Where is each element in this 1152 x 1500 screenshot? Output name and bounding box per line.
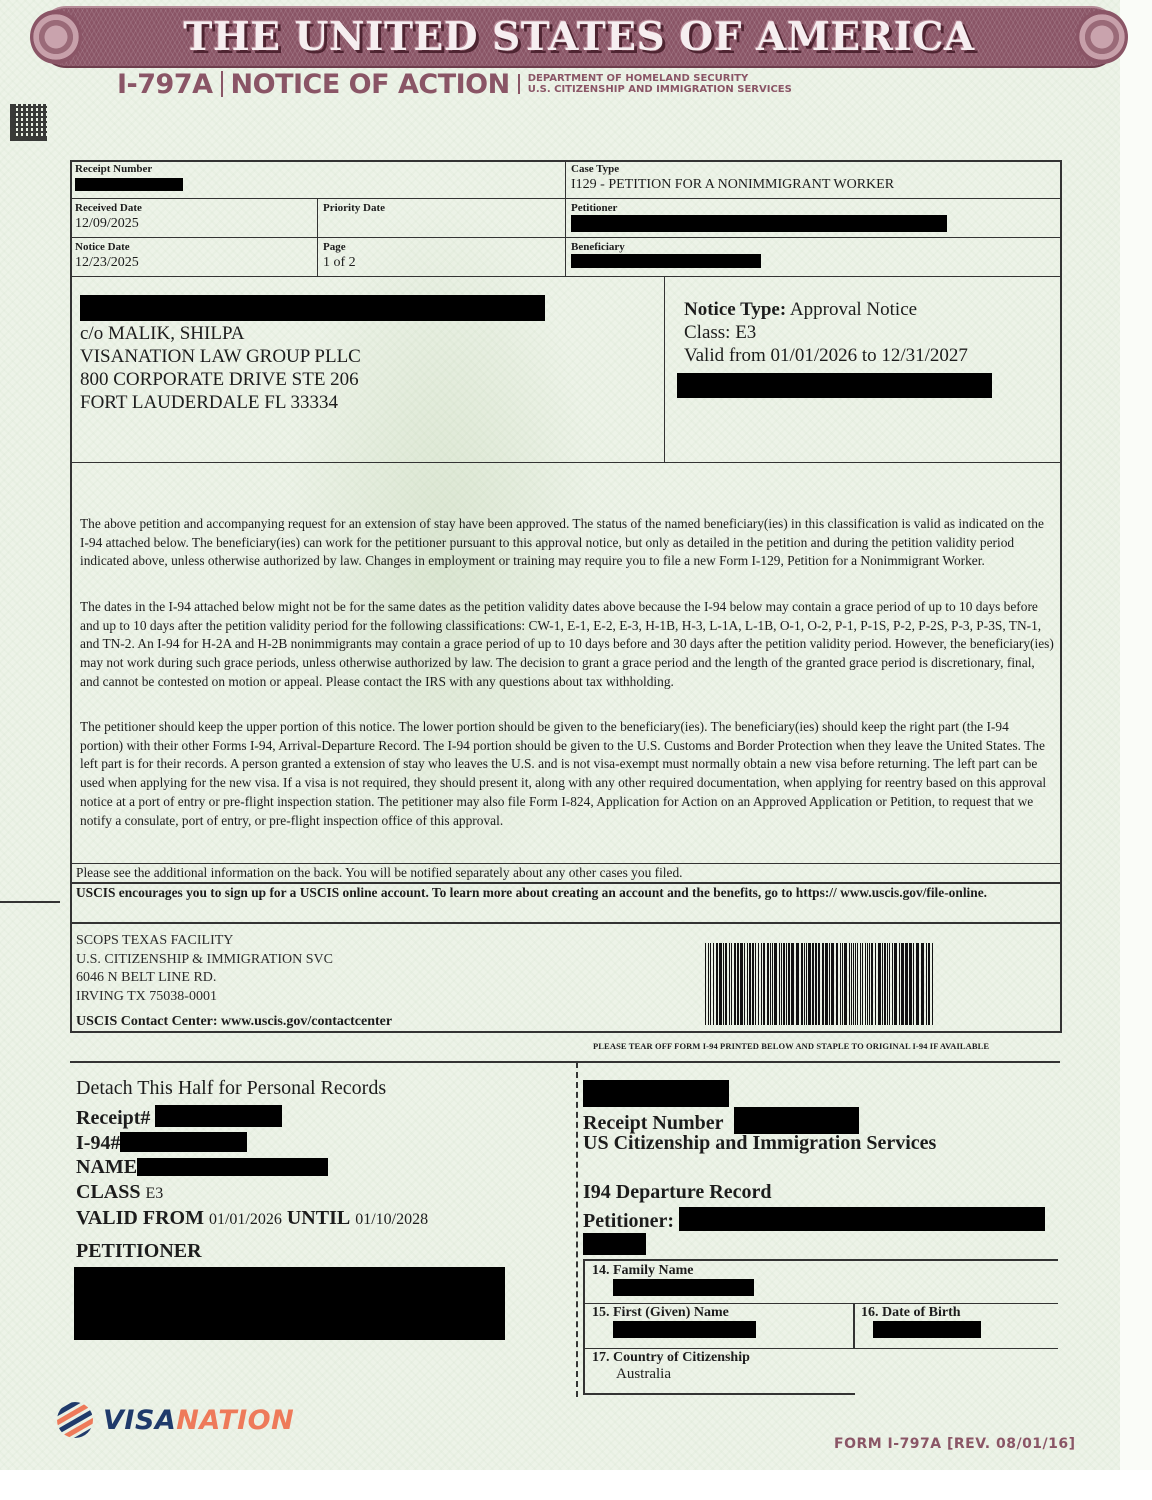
redacted-addressee <box>80 295 545 321</box>
name-label: NAME <box>76 1156 137 1178</box>
received-date-value: 12/09/2025 <box>75 215 312 232</box>
page-cell: Page 1 of 2 <box>318 238 566 277</box>
receipt-label: Receipt# <box>76 1107 150 1129</box>
divider <box>664 276 665 462</box>
divider <box>221 71 223 97</box>
agency-line: US Citizenship and Immigration Services <box>583 1132 936 1155</box>
facility-line: U.S. CITIZENSHIP & IMMIGRATION SVC <box>76 951 333 970</box>
field-label: Petitioner <box>571 201 1055 215</box>
redacted-name <box>137 1158 328 1176</box>
departure-record-title: I94 Departure Record <box>583 1181 771 1204</box>
until-label: UNTIL <box>287 1207 350 1229</box>
redacted-dob <box>873 1321 981 1338</box>
margin-mark <box>0 901 60 903</box>
personal-records: Receipt# I-94# NAME CLASS E3 VALID FROM … <box>76 1105 428 1233</box>
first-name-field: 15. First (Given) Name <box>592 1305 756 1343</box>
receipt-number-cell: Receipt Number <box>70 160 566 199</box>
field-label: Receipt Number <box>75 162 560 176</box>
dob-label: 16. Date of Birth <box>861 1305 981 1321</box>
facility-line: SCOPS TEXAS FACILITY <box>76 932 333 951</box>
page-value: 1 of 2 <box>323 254 560 271</box>
barcode-icon <box>705 943 933 1025</box>
divider <box>583 1303 1058 1304</box>
body-paragraph: The dates in the I-94 attached below mig… <box>80 598 1055 692</box>
online-account-notice: USCIS encourages you to sign up for a US… <box>76 883 1036 902</box>
first-name-label: 15. First (Given) Name <box>592 1305 756 1321</box>
country-value: Australia <box>616 1366 750 1383</box>
notice-frame <box>70 160 1062 1033</box>
mailing-address: c/o MALIK, SHILPA VISANATION LAW GROUP P… <box>80 322 361 414</box>
petitioner-cell: Petitioner <box>566 199 1060 238</box>
page-margin <box>1120 0 1152 1500</box>
redacted-beneficiary <box>571 254 761 268</box>
family-name-field: 14. Family Name <box>592 1263 754 1301</box>
class-text: Class: E3 <box>684 321 968 344</box>
form-name: NOTICE OF ACTION <box>231 69 510 100</box>
facility-address: SCOPS TEXAS FACILITY U.S. CITIZENSHIP & … <box>76 932 333 1006</box>
country-field: 17. Country of Citizenship Australia <box>592 1350 750 1383</box>
dob-field: 16. Date of Birth <box>861 1305 981 1343</box>
notice-summary: Notice Type: Approval Notice Class: E3 V… <box>684 298 968 367</box>
priority-date-cell: Priority Date <box>318 199 566 238</box>
notice-date-value: 12/23/2025 <box>75 254 312 271</box>
qr-code-icon <box>10 104 47 141</box>
redacted-i94 <box>120 1132 247 1152</box>
i94-fields: 14. Family Name 15. First (Given) Name 1… <box>583 1259 1058 1396</box>
facility-line: IRVING TX 75038-0001 <box>76 988 333 1007</box>
redacted-receipt <box>734 1107 859 1134</box>
field-label: Notice Date <box>75 240 312 254</box>
class-label: CLASS <box>76 1181 140 1203</box>
divider <box>583 1259 585 1394</box>
redacted-petitioner <box>571 215 947 232</box>
field-label: Case Type <box>571 162 1055 176</box>
receipt-number-row: Receipt Number <box>583 1107 859 1135</box>
redacted-family-name <box>613 1279 754 1296</box>
redacted-receipt-number <box>75 178 183 191</box>
field-label: Page <box>323 240 560 254</box>
banner-title: THE UNITED STATES OF AMERICA <box>80 15 1078 59</box>
class-value: E3 <box>145 1185 163 1202</box>
notice-type-value: Approval Notice <box>790 299 917 320</box>
petitioner-row: Petitioner: <box>583 1207 1045 1233</box>
petitioner-label: PETITIONER <box>76 1240 202 1263</box>
case-type-cell: Case Type I129 - PETITION FOR A NONIMMIG… <box>566 160 1060 199</box>
redacted-receipt <box>155 1105 282 1127</box>
info-line: Please see the additional information on… <box>76 864 683 882</box>
redacted-petitioner-cont <box>583 1233 646 1255</box>
redacted-petitioner-block <box>74 1267 505 1340</box>
facility-line: 6046 N BELT LINE RD. <box>76 969 333 988</box>
received-date-cell: Received Date 12/09/2025 <box>70 199 318 238</box>
header-table: Receipt Number Case Type I129 - PETITION… <box>70 160 1062 277</box>
validity-text: Valid from 01/01/2026 to 12/31/2027 <box>684 344 968 367</box>
page-margin-bottom <box>0 1470 1152 1500</box>
until-value: 01/10/2028 <box>355 1211 428 1228</box>
divider <box>583 1348 1058 1349</box>
banner: THE UNITED STATES OF AMERICA <box>40 6 1118 68</box>
detach-title: Detach This Half for Personal Records <box>76 1077 386 1100</box>
form-heading: I-797A NOTICE OF ACTION DEPARTMENT OF HO… <box>117 66 792 102</box>
agency-name: DEPARTMENT OF HOMELAND SECURITY U.S. CIT… <box>528 73 792 95</box>
rosette-icon <box>1076 10 1128 64</box>
valid-from-label: VALID FROM <box>76 1207 204 1229</box>
body-paragraph: The above petition and accompanying requ… <box>80 515 1055 571</box>
rosette-icon <box>30 10 82 64</box>
address-line: VISANATION LAW GROUP PLLC <box>80 345 361 368</box>
petitioner-label: Petitioner: <box>583 1210 674 1232</box>
redacted-first-name <box>613 1321 756 1338</box>
address-line: 800 CORPORATE DRIVE STE 206 <box>80 368 361 391</box>
form-id: I-797A <box>117 69 213 100</box>
i94-label: I-94# <box>76 1132 120 1154</box>
divider <box>853 1303 855 1348</box>
redacted-notice-line <box>677 373 992 398</box>
redacted-record-id <box>583 1080 729 1107</box>
country-label: 17. Country of Citizenship <box>592 1350 750 1366</box>
agency-line: U.S. CITIZENSHIP AND IMMIGRATION SERVICE… <box>528 84 792 95</box>
address-line: c/o MALIK, SHILPA <box>80 322 361 345</box>
divider <box>518 74 520 94</box>
agency-line: DEPARTMENT OF HOMELAND SECURITY <box>528 73 792 84</box>
field-label: Received Date <box>75 201 312 215</box>
body-paragraph: The petitioner should keep the upper por… <box>80 718 1055 830</box>
receipt-number-label: Receipt Number <box>583 1112 723 1134</box>
divider <box>70 462 1062 463</box>
address-line: FORT LAUDERDALE FL 33334 <box>80 391 361 414</box>
form-revision: FORM I-797A [REV. 08/01/16] <box>834 1436 1076 1452</box>
logo-text: VISANATION <box>103 1405 294 1436</box>
divider <box>583 1393 855 1395</box>
visanation-logo: VISANATION <box>55 1400 294 1440</box>
divider <box>70 922 1062 924</box>
tear-line <box>70 1061 1060 1063</box>
globe-stripes-icon <box>55 1400 95 1440</box>
redacted-petitioner <box>679 1207 1045 1231</box>
case-type-value: I129 - PETITION FOR A NONIMMIGRANT WORKE… <box>571 176 1055 193</box>
field-label: Beneficiary <box>571 240 1055 254</box>
valid-from-value: 01/01/2026 <box>209 1211 282 1228</box>
notice-type-label: Notice Type: <box>684 299 786 320</box>
divider <box>583 1259 1058 1261</box>
notice-date-cell: Notice Date 12/23/2025 <box>70 238 318 277</box>
perforation-line <box>576 1062 578 1397</box>
beneficiary-cell: Beneficiary <box>566 238 1060 277</box>
divider <box>70 276 1062 277</box>
contact-center-link[interactable]: USCIS Contact Center: www.uscis.gov/cont… <box>76 1014 392 1030</box>
family-name-label: 14. Family Name <box>592 1263 754 1279</box>
tear-off-note: PLEASE TEAR OFF FORM I-94 PRINTED BELOW … <box>593 1041 989 1051</box>
field-label: Priority Date <box>323 201 560 215</box>
